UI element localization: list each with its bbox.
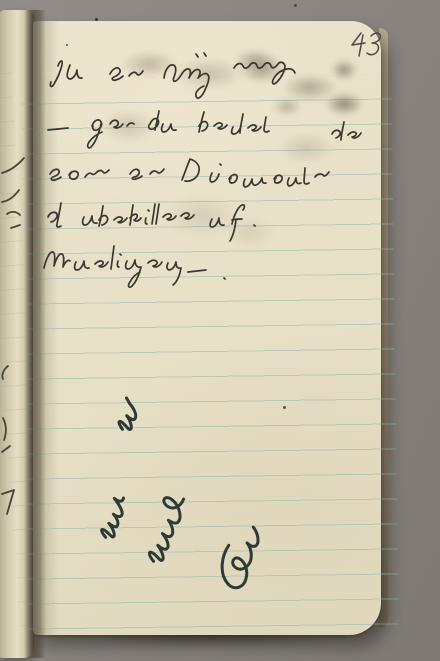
ink-speck — [66, 44, 68, 46]
ink-speck — [95, 18, 98, 21]
photo-backdrop — [0, 0, 440, 661]
ink-speck — [294, 4, 297, 7]
pen-scribble-4 — [0, 0, 440, 661]
ink-speck — [283, 406, 286, 409]
